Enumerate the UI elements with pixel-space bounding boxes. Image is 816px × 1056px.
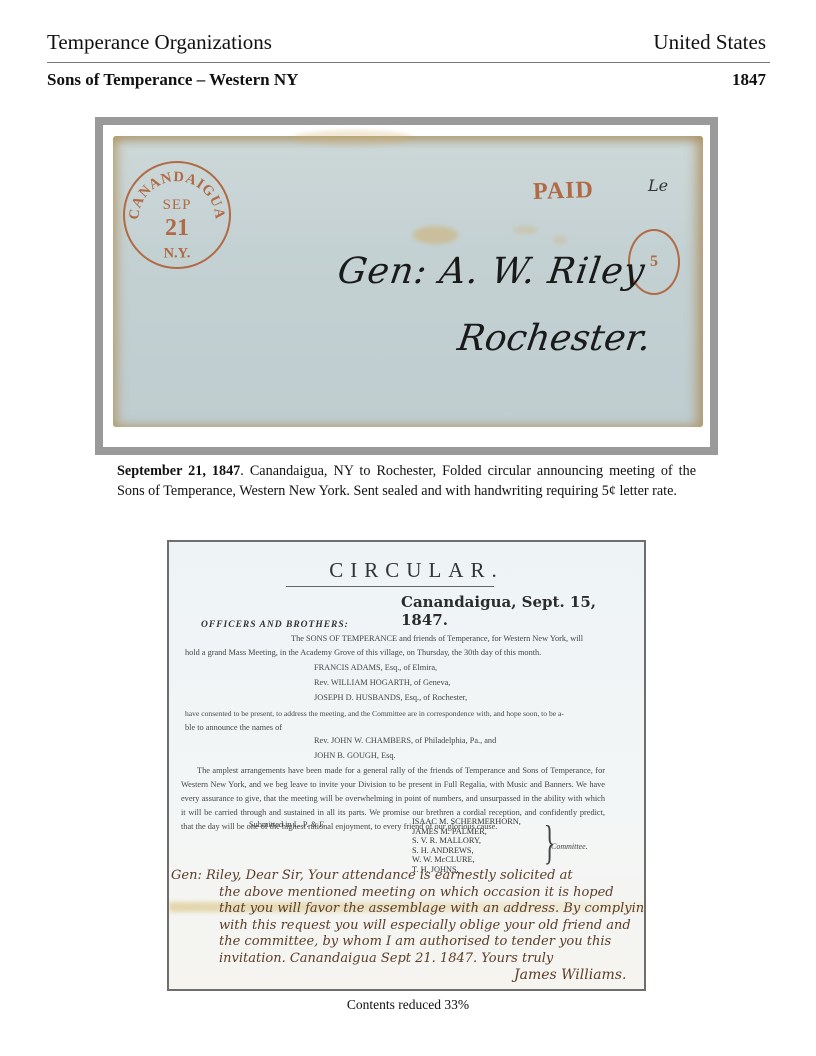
circular-title: CIRCULAR. — [169, 558, 644, 583]
speaker-line: JOHN B. GOUGH, Esq. — [314, 751, 396, 760]
caption-date: September 21, 1847 — [117, 463, 240, 479]
address-city: Rochester. — [455, 318, 653, 359]
year: 1847 — [732, 70, 766, 90]
cover-image-frame: CANANDAIGUA N.Y. SEP 21 PAID Le 5 Gen: A… — [95, 117, 718, 455]
handwritten-line: invitation. Canandaigua Sept 21. 1847. Y… — [219, 951, 646, 968]
pencil-notation: Le — [648, 176, 668, 195]
speaker-line: JOSEPH D. HUSBANDS, Esq., of Rochester, — [314, 693, 467, 702]
handwritten-line: with this request you will especially ob… — [219, 918, 646, 935]
page-subheader: Sons of Temperance – Western NY 1847 — [47, 70, 766, 90]
handwritten-line: that you will favor the assemblage with … — [219, 901, 646, 918]
committee-list: ISAAC M. SCHERMERHORN, JAMES M. PALMER, … — [412, 817, 521, 874]
postmark-day: 21 — [125, 215, 229, 242]
circular-dateline: Canandaigua, Sept. 15, 1847. — [401, 593, 644, 629]
circular-title-rule — [286, 586, 494, 587]
handwritten-line: the above mentioned meeting on which occ… — [219, 885, 646, 902]
handwritten-line: Gen: Riley, Dear Sir, Your attendance is… — [171, 868, 646, 885]
circular-line: ble to announce the names of — [185, 723, 282, 732]
circular-paragraph: The amplest arrangements have been made … — [181, 764, 605, 834]
committee-member: JAMES M. PALMER, — [412, 827, 521, 837]
svg-text:N.Y.: N.Y. — [164, 245, 191, 261]
handwritten-line: the committee, by whom I am authorised t… — [219, 934, 646, 951]
header-divider — [47, 62, 770, 63]
postmark-month: SEP — [125, 197, 229, 214]
circular-line: The SONS OF TEMPERANCE and friends of Te… — [291, 634, 583, 643]
circular-salutation: OFFICERS AND BROTHERS: — [201, 620, 349, 630]
committee-label: Committee. — [551, 842, 588, 851]
speaker-line: Rev. JOHN W. CHAMBERS, of Philadelphia, … — [314, 736, 496, 745]
handwritten-signature: James Williams. — [514, 967, 646, 984]
cover-description: September 21, 1847. Canandaigua, NY to R… — [117, 462, 696, 501]
rate-value: 5 — [650, 253, 658, 271]
folded-letter-cover: CANANDAIGUA N.Y. SEP 21 PAID Le 5 Gen: A… — [113, 136, 703, 427]
circular-line: have consented to be present, to address… — [185, 709, 564, 718]
circular-contents-image: CIRCULAR. Canandaigua, Sept. 15, 1847. O… — [167, 540, 646, 991]
subtitle: Sons of Temperance – Western NY — [47, 70, 298, 90]
contents-reduction-note: Contents reduced 33% — [0, 997, 816, 1013]
committee-member: S. V. R. MALLORY, — [412, 836, 521, 846]
paid-marking: PAID — [533, 177, 595, 206]
handwritten-note: Gen: Riley, Dear Sir, Your attendance is… — [169, 868, 644, 984]
committee-member: W. W. McCLURE, — [412, 855, 521, 865]
committee-member: S. H. ANDREWS, — [412, 846, 521, 856]
submitted-line: Submitted in L. P. & F. — [249, 820, 325, 829]
committee-member: ISAAC M. SCHERMERHORN, — [412, 817, 521, 827]
speaker-line: FRANCIS ADAMS, Esq., of Elmira, — [314, 663, 437, 672]
country-title: United States — [653, 30, 766, 55]
circular-line: hold a grand Mass Meeting, in the Academ… — [185, 648, 541, 657]
speaker-line: Rev. WILLIAM HOGARTH, of Geneva, — [314, 678, 450, 687]
page-header: Temperance Organizations United States — [47, 30, 766, 55]
address-addressee: Gen: A. W. Riley — [335, 251, 648, 292]
category-title: Temperance Organizations — [47, 30, 272, 55]
canandaigua-postmark: CANANDAIGUA N.Y. SEP 21 — [123, 161, 231, 269]
